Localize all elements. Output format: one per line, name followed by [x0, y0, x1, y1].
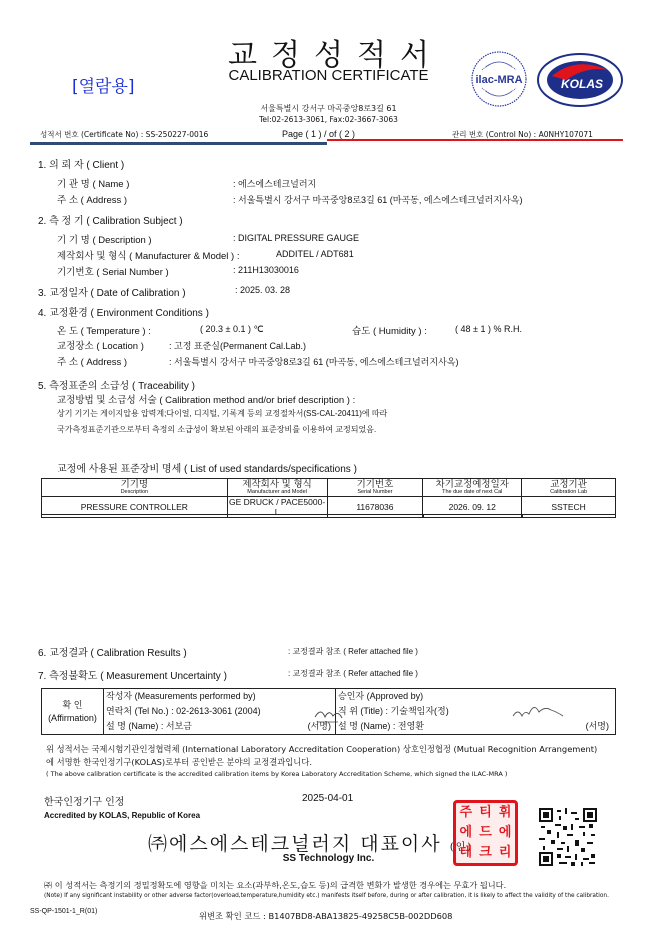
view-only-watermark: [열람용] — [72, 72, 135, 97]
kolas-logo-icon: KOLAS — [536, 52, 624, 108]
calibration-date-value: : 2025. 03. 28 — [235, 285, 290, 295]
issuer-contact: Tel:02-2613-3061, Fax:02-3667-3063 — [0, 115, 657, 124]
humidity-label: 습도 ( Humidity ) : — [352, 323, 427, 337]
table-bottom-rule — [41, 514, 616, 515]
location-value: : 고정 표준실(Permanent Cal.Lab.) — [169, 339, 306, 352]
standards-header-row: 기기명Description 제작회사 및 형식Manufacturer and… — [42, 479, 616, 497]
section-date-heading: 3. 교정일자 ( Date of Calibration ) — [38, 284, 186, 299]
validity-note-ko: ㈜ 이 성적서는 측정기의 정밀정확도에 영향을 미치는 요소(과부하,온도,습… — [44, 880, 506, 891]
uncertainty-value: : 교정결과 참조 ( Refer attached file ) — [288, 668, 418, 679]
form-number: SS-QP-1501-1_R(01) — [30, 908, 97, 915]
method-label: 교정방법 및 소급성 서술 ( Calibration method and/o… — [57, 392, 355, 406]
ilac-note-line-2: 에 서명한 한국인정기구(KOLAS)로부터 공인받은 분야의 교정결과입니다. — [46, 756, 312, 768]
client-address-label: 주 소 ( Address ) — [57, 192, 127, 206]
humidity-value: ( 48 ± 1 ) % R.H. — [455, 324, 522, 334]
approver-signature-icon — [511, 701, 565, 723]
table-tail-divider — [227, 514, 228, 518]
approver-title: 직 위 (Title) : 기술책임자(정) — [336, 704, 615, 719]
client-address-value: : 서울특별시 강서구 마곡중앙8로3길 61 (마곡동, 에스에스테크널러지사… — [233, 193, 522, 206]
svg-text:ilac-MRA: ilac-MRA — [475, 74, 522, 86]
accreditation-label-ko: 한국인정기구 인정 — [44, 793, 124, 808]
env-address-value: : 서울특별시 강서구 마곡중앙8로3길 61 (마곡동, 에스에스테크널러지사… — [169, 355, 458, 368]
col-due-date: 차기교정예정일자The due date of next Cal — [423, 479, 522, 497]
location-label: 교정장소 ( Location ) — [57, 338, 144, 352]
company-seal-icon: 주 티 휘 에 드 에 테 크 리 — [453, 800, 518, 866]
company-name-ko: ㈜에스에스테크널러지 대표이사 (인) — [148, 829, 473, 856]
certificate-number: 성적서 번호 (Certificate No) : SS-250227-0016 — [40, 129, 208, 140]
section-uncertainty-heading: 7. 측정불확도 ( Measurement Uncertainty ) — [38, 667, 227, 682]
header-divider-left — [30, 142, 327, 145]
performer-tel: 연락처 (Tel No.) : 02-2613-3061 (2004) — [104, 704, 335, 719]
client-name-value: : 에스에스테크널러지 — [233, 177, 316, 190]
section-subject-heading: 2. 측 정 기 ( Calibration Subject ) — [38, 212, 183, 227]
approver-name: 설 명 (Name) : 전영환 (서명) — [336, 719, 615, 734]
subject-serial-value: : 211H13030016 — [233, 265, 299, 275]
accreditation-label-en: Accredited by KOLAS, Republic of Korea — [44, 811, 200, 820]
standards-heading: 교정에 사용된 표준장비 명세 ( List of used standards… — [57, 460, 357, 475]
issue-date: 2025-04-01 — [302, 793, 353, 804]
section-results-heading: 6. 교정결과 ( Calibration Results ) — [38, 644, 187, 659]
affirmation-table: 확 인 (Affirmation) 작성자 (Measurements perf… — [41, 688, 616, 735]
subject-description-label: 기 기 명 ( Description ) — [57, 232, 152, 246]
col-serial: 기기번호Serial Number — [327, 479, 423, 497]
performer-cell: 작성자 (Measurements performed by) 연락처 (Tel… — [104, 689, 336, 735]
temperature-value: ( 20.3 ± 0.1 ) ℃ — [200, 324, 264, 335]
section-client-heading: 1. 의 뢰 자 ( Client ) — [38, 156, 124, 171]
affirmation-label: 확 인 (Affirmation) — [42, 689, 104, 735]
qr-code-icon[interactable] — [538, 808, 598, 866]
page-indicator: Page ( 1 ) / of ( 2 ) — [282, 129, 355, 139]
ilac-note-line-3: ( The above calibration certificate is t… — [46, 770, 507, 778]
table-tail-divider — [522, 514, 523, 518]
env-address-label: 주 소 ( Address ) — [57, 354, 127, 368]
forgery-verification-code: 위변조 확인 코드 : B1407BD8-ABA13825-49258C5B-0… — [199, 910, 452, 922]
subject-manufacturer-label: 제작회사 및 형식 ( Manufacturer & Model ) : — [57, 248, 240, 262]
ilac-note-line-1: 위 성적서는 국제시험기관인정협력체 (International Labora… — [46, 743, 597, 755]
col-lab: 교정기관Calibration Lab — [522, 479, 616, 497]
standards-table: 기기명Description 제작회사 및 형식Manufacturer and… — [41, 478, 616, 518]
section-traceability-heading: 5. 측정표준의 소급성 ( Traceability ) — [38, 377, 195, 392]
client-name-label: 기 관 명 ( Name ) — [57, 176, 129, 190]
subject-description-value: : DIGITAL PRESSURE GAUGE — [233, 233, 359, 243]
approver-heading: 승인자 (Approved by) — [336, 689, 615, 704]
col-manufacturer: 제작회사 및 형식Manufacturer and Model — [227, 479, 327, 497]
table-tail-divider — [327, 514, 328, 518]
table-tail-divider — [615, 514, 616, 518]
svg-text:KOLAS: KOLAS — [561, 77, 603, 91]
temperature-label: 온 도 ( Temperature ) : — [57, 323, 151, 337]
method-line-1: 상기 기기는 게이지압용 압력계;다이얼, 디지털, 기록계 등의 교정절차서(… — [57, 408, 387, 419]
validity-note-en: (Note) If any significant instability or… — [44, 893, 609, 899]
results-value: : 교정결과 참조 ( Refer attached file ) — [288, 646, 418, 657]
header-divider-right — [327, 139, 623, 141]
approver-signature-mark: (서명) — [586, 719, 609, 734]
method-line-2: 국가측정표준기관으로부터 측정의 소급성이 확보된 아래의 표준장비를 이용하여… — [57, 424, 376, 435]
approver-cell: 승인자 (Approved by) 직 위 (Title) : 기술책임자(정)… — [336, 689, 616, 735]
col-description: 기기명Description — [42, 479, 228, 497]
performer-name: 설 명 (Name) : 서보금 (서명) — [104, 719, 335, 734]
section-environment-heading: 4. 교정환경 ( Environment Conditions ) — [38, 304, 209, 319]
subject-serial-label: 기기번호 ( Serial Number ) — [57, 264, 169, 278]
performer-heading: 작성자 (Measurements performed by) — [104, 689, 335, 704]
table-tail-divider — [423, 514, 424, 518]
ilac-mra-logo-icon: ilac-MRA — [470, 50, 528, 108]
subject-manufacturer-value: ADDITEL / ADT681 — [276, 249, 354, 259]
